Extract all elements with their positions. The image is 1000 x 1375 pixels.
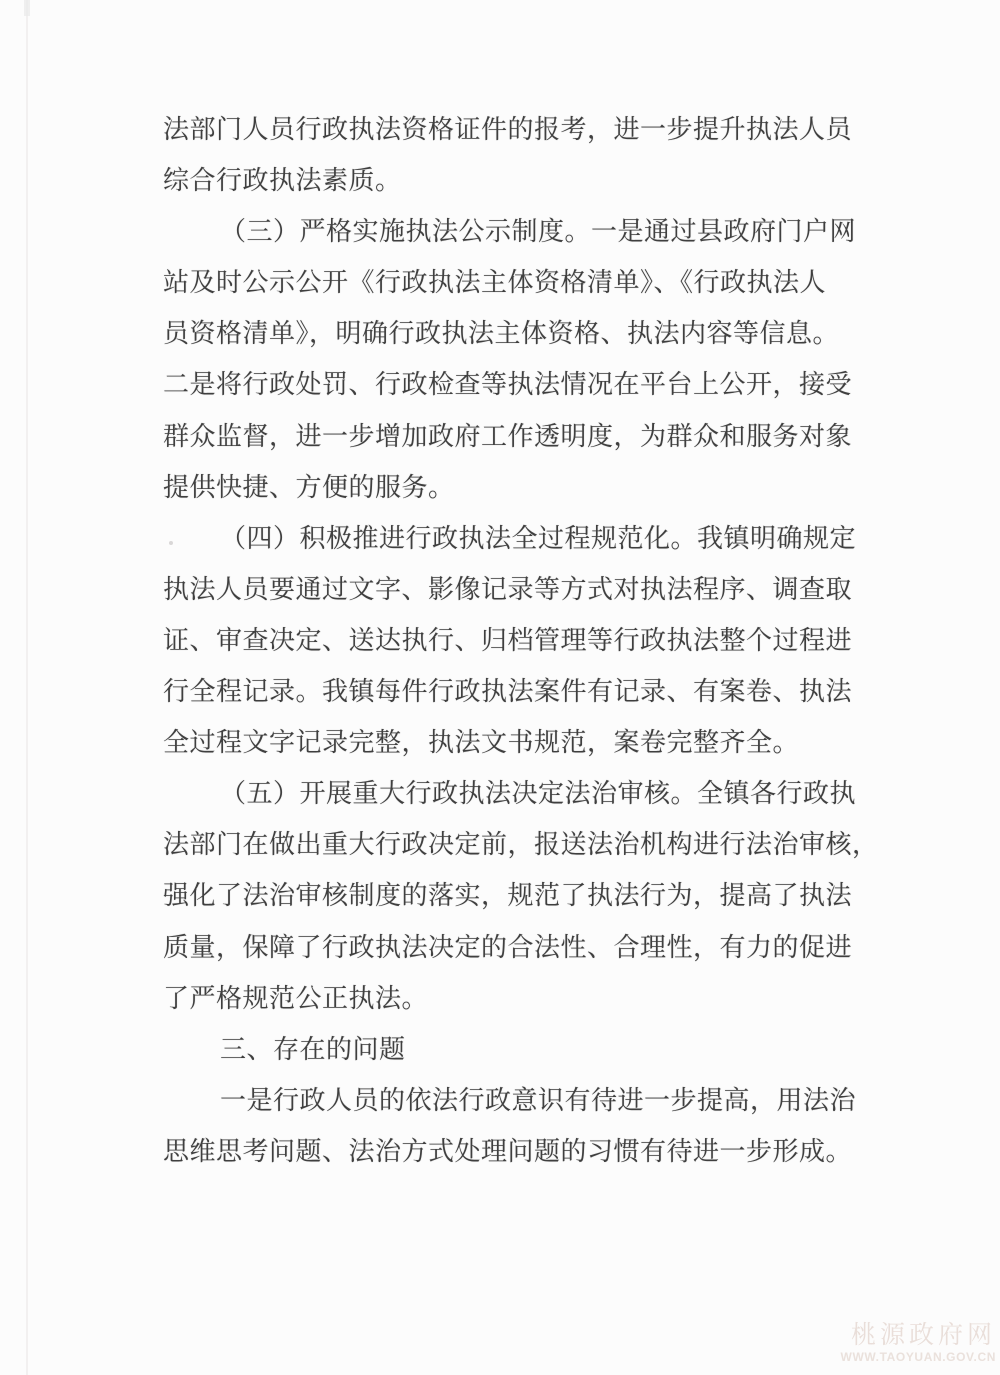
text-line: 执法人员要通过文字、影像记录等方式对执法程序、调查取 — [163, 564, 863, 615]
document-text-block: 法部门人员行政执法资格证件的报考，进一步提升执法人员 综合行政执法素质。 （三）… — [163, 104, 863, 1177]
text-line: （三）严格实施执法公示制度。一是通过县政府门户网 — [163, 206, 863, 257]
text-line: 员资格清单》，明确行政执法主体资格、执法内容等信息。 — [163, 308, 863, 359]
text-line: 站及时公示公开《行政执法主体资格清单》、《行政执法人 — [163, 257, 863, 308]
scan-speck — [169, 541, 173, 545]
site-watermark: 桃源政府网 WWW.TAOYUAN.GOV.CN — [841, 1322, 996, 1364]
scan-edge-line — [26, 0, 28, 1375]
text-line: 群众监督，进一步增加政府工作透明度，为群众和服务对象 — [163, 411, 863, 462]
text-line: 法部门在做出重大行政决定前，报送法治机构进行法治审核， — [163, 819, 863, 870]
text-line: 强化了法治审核制度的落实，规范了执法行为，提高了执法 — [163, 870, 863, 921]
text-line: 全过程文字记录完整，执法文书规范，案卷完整齐全。 — [163, 717, 863, 768]
watermark-site-url: WWW.TAOYUAN.GOV.CN — [841, 1350, 996, 1364]
text-line: 质量，保障了行政执法决定的合法性、合理性，有力的促进 — [163, 922, 863, 973]
section-heading: 三、存在的问题 — [163, 1024, 863, 1075]
scan-corner-smudge — [24, 0, 30, 16]
text-line: 二是将行政处罚、行政检查等执法情况在平台上公开，接受 — [163, 359, 863, 410]
text-line: （四）积极推进行政执法全过程规范化。我镇明确规定 — [163, 513, 863, 564]
text-line: 提供快捷、方便的服务。 — [163, 462, 863, 513]
text-line: （五）开展重大行政执法决定法治审核。全镇各行政执 — [163, 768, 863, 819]
text-line: 证、审查决定、送达执行、归档管理等行政执法整个过程进 — [163, 615, 863, 666]
watermark-site-name: 桃源政府网 — [841, 1322, 996, 1350]
text-line: 综合行政执法素质。 — [163, 155, 863, 206]
text-line: 行全程记录。我镇每件行政执法案件有记录、有案卷、执法 — [163, 666, 863, 717]
text-line: 一是行政人员的依法行政意识有待进一步提高，用法治 — [163, 1075, 863, 1126]
text-line: 了严格规范公正执法。 — [163, 973, 863, 1024]
text-line: 思维思考问题、法治方式处理问题的习惯有待进一步形成。 — [163, 1126, 863, 1177]
text-line: 法部门人员行政执法资格证件的报考，进一步提升执法人员 — [163, 104, 863, 155]
